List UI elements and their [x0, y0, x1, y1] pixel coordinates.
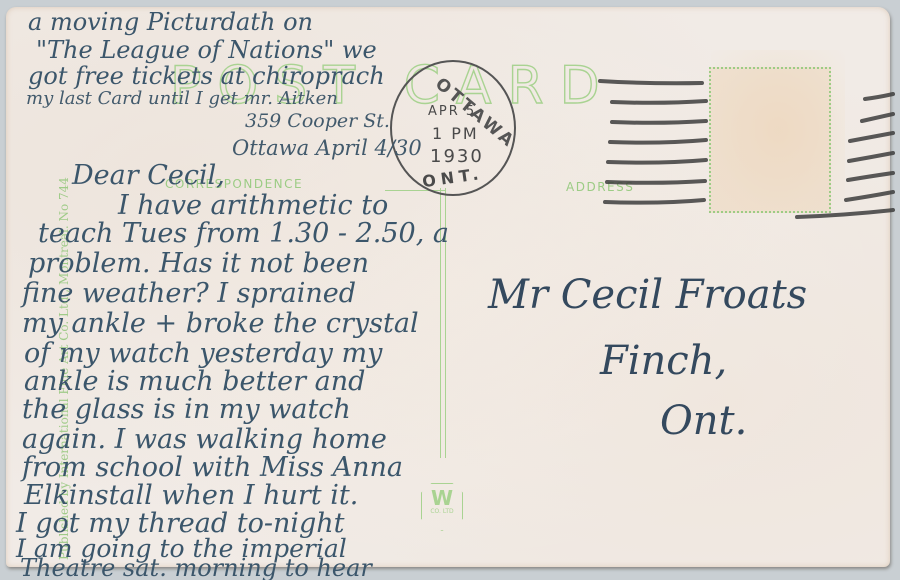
header-note-line: got free tickets at chiroprach [28, 62, 385, 90]
message-line: Theatre sat. morning to hear [20, 554, 372, 580]
postmark-date: APR 5 [428, 104, 476, 119]
sender-street: 359 Cooper St. [245, 110, 390, 132]
stamp-placeholder-box [709, 67, 831, 213]
header-note-line: my last Card until I get mr. Aitken [26, 88, 338, 109]
postmark: OTTAWA APR 5 1 PM 1930 ONT. [390, 60, 516, 196]
address-label: ADDRESS [566, 180, 634, 194]
trademark-letter: W [422, 488, 462, 508]
message-line: Elkinstall when I hurt it. [24, 480, 358, 511]
message-line: I have arithmetic to [118, 190, 388, 221]
message-line: my ankle + broke the crystal [22, 308, 419, 339]
postmark-province: ONT. [421, 164, 485, 191]
message-line: teach Tues from 1.30 - 2.50, a [38, 218, 449, 249]
salutation: Dear Cecil, [72, 160, 225, 191]
postmark-time: 1 PM [432, 124, 479, 143]
message-line: the glass is in my watch [22, 394, 351, 425]
header-note-line: a moving Picturdath on [28, 8, 313, 36]
message-line: from school with Miss Anna [22, 452, 403, 483]
message-line: of my watch yesterday my [24, 338, 382, 369]
trademark-co: CO. LTD [422, 508, 462, 515]
recipient-town: Finch, [600, 338, 727, 384]
header-note-line: "The League of Nations" we [36, 36, 377, 64]
message-line: fine weather? I sprained [22, 278, 356, 309]
message-line: problem. Has it not been [28, 248, 369, 279]
sender-place-date: Ottawa April 4/30 [232, 136, 422, 160]
message-line: ankle is much better and [24, 366, 365, 397]
recipient-province: Ont. [660, 398, 747, 444]
recipient-name: Mr Cecil Froats [488, 272, 807, 318]
message-line: again. I was walking home [22, 424, 387, 455]
